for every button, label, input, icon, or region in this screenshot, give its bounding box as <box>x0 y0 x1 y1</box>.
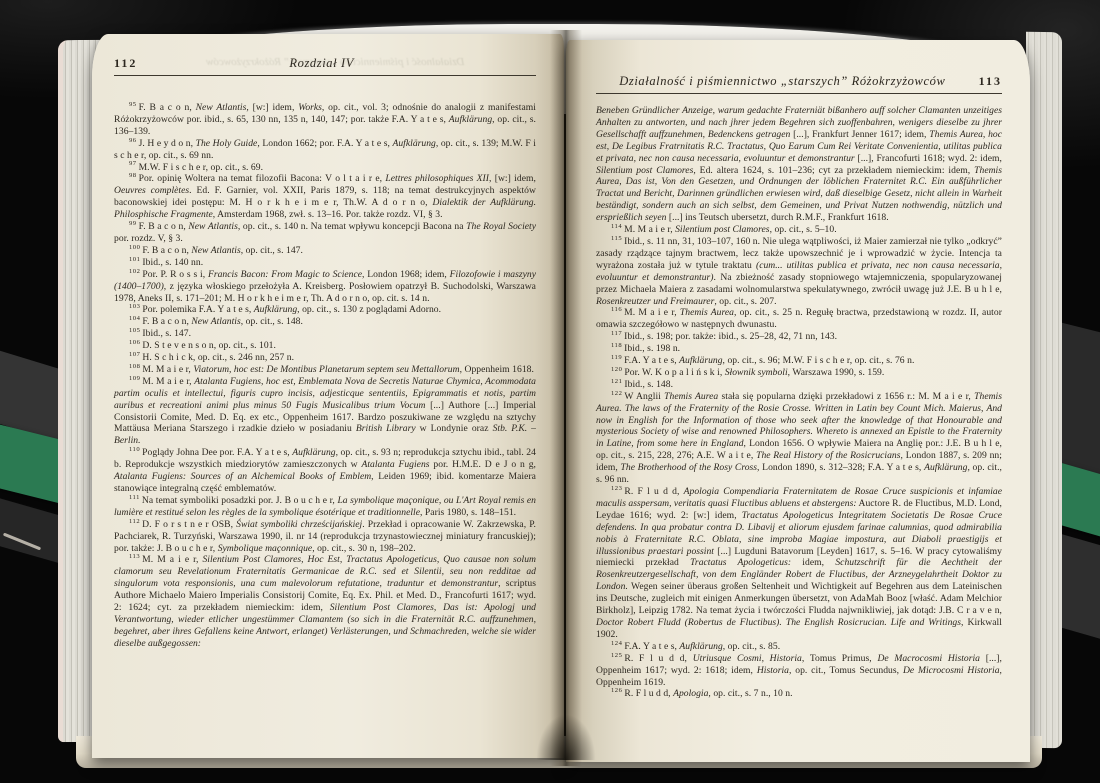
footnote-number: 106 <box>129 339 140 346</box>
footnote-99: 99F. B a c o n, New Atlantis, op. cit., … <box>114 221 536 245</box>
footnote-123: 123R. F l u d d, Apologia Compendiaria F… <box>596 486 1002 641</box>
footnote-number: 107 <box>129 351 140 358</box>
footnote-number: 110 <box>129 446 140 453</box>
right-page-number: 113 <box>979 74 1002 89</box>
footnote-number: 125 <box>611 652 622 659</box>
footnote-number: 109 <box>129 375 140 382</box>
footnote-number: 98 <box>129 172 137 179</box>
book-page-right: Działalność i piśmiennictwo „starszych” … <box>566 40 1030 762</box>
footnote-number: 116 <box>611 306 622 313</box>
footnote-109: 109M. M a i e r, Atalanta Fugiens, hoc e… <box>114 376 536 447</box>
left-page-footnotes: 95F. B a c o n, New Atlantis, [w:] idem,… <box>114 102 536 650</box>
footnote-98: 98Por. opinię Woltera na temat filozofii… <box>114 173 536 221</box>
footnote-number: 100 <box>129 244 140 251</box>
footnote-107: 107H. S c h i c k, op. cit., s. 246 nn, … <box>114 352 536 364</box>
footnote-number: 111 <box>129 494 140 501</box>
footnote-105: 105Ibid., s. 147. <box>114 328 536 340</box>
footnote-116: 116M. M a i e r, Themis Aurea, op. cit.,… <box>596 307 1002 331</box>
footnote-110: 110Poglądy Johna Dee por. F.A. Y a t e s… <box>114 447 536 495</box>
footnote-117: 117Ibid., s. 198; por. także: ibid., s. … <box>596 331 1002 343</box>
footnote-125: 125R. F l u d d, Utriusque Cosmi, Histor… <box>596 653 1002 689</box>
right-page-running-title: Działalność i piśmiennictwo „starszych” … <box>596 74 973 89</box>
footnote-101: 101Ibid., s. 140 nn. <box>114 257 536 269</box>
footnote-number: 118 <box>611 342 622 349</box>
left-page-number: 112 <box>114 56 137 71</box>
footnote-number: 126 <box>611 687 622 694</box>
footnote-number: 114 <box>611 223 622 230</box>
book-page-left: Działalność i piśmiennictwo „starszych” … <box>92 34 564 758</box>
footnote-number: 121 <box>611 378 622 385</box>
footnote-95: 95F. B a c o n, New Atlantis, [w:] idem,… <box>114 102 536 138</box>
footnote-115: 115Ibid., s. 11 nn, 31, 103–107, 160 n. … <box>596 236 1002 307</box>
footnote-number: 99 <box>129 220 137 227</box>
footnote-126: 126R. F l u d d, Apologia, op. cit., s. … <box>596 688 1002 700</box>
footnote-100: 100F. B a c o n, New Atlantis, op. cit.,… <box>114 245 536 257</box>
footnote-121: 121Ibid., s. 148. <box>596 379 1002 391</box>
footnote-114: 114M. M a i e r, Silentium post Clamores… <box>596 224 1002 236</box>
footnote-119: 119F.A. Y a t e s, Aufklärung, op. cit.,… <box>596 355 1002 367</box>
footnote-number: 113 <box>129 553 140 560</box>
open-book: Działalność i piśmiennictwo „starszych” … <box>58 6 1064 774</box>
footnote-number: 117 <box>611 330 622 337</box>
footnote-number: 123 <box>611 485 622 492</box>
footnote-124: 124F.A. Y a t e s, Aufklärung, op. cit.,… <box>596 641 1002 653</box>
footnote-number: 108 <box>129 363 140 370</box>
footnote-102: 102Por. P. R o s s i, Francis Bacon: Fro… <box>114 269 536 305</box>
book-gutter-bottom-shadow <box>536 714 596 760</box>
footnote-number: 102 <box>129 268 140 275</box>
footnote-number: 97 <box>129 160 137 167</box>
left-header-rule <box>114 75 536 76</box>
footnote-118: 118Ibid., s. 198 n. <box>596 343 1002 355</box>
footnote-122: 122W Anglii Themis Aurea stała się popul… <box>596 391 1002 486</box>
photo-of-open-book: { "backdrop": { "color": "#070707", "acc… <box>0 0 1100 783</box>
right-page-header: Działalność i piśmiennictwo „starszych” … <box>596 74 1002 89</box>
footnote-number: 112 <box>129 518 140 525</box>
footnote-120: 120Por. W. K o p a l i ń s k i, Słownik … <box>596 367 1002 379</box>
footnote-106: 106D. S t e v e n s o n, op. cit., s. 10… <box>114 340 536 352</box>
footnote-103: 103Por. polemika F.A. Y a t e s, Aufklär… <box>114 304 536 316</box>
book-gutter-shadow <box>550 30 582 766</box>
footnote-number: 105 <box>129 327 140 334</box>
right-page-footnotes: Beneben Gründlicher Anzeige, warum gedac… <box>596 105 1002 700</box>
footnote-number: 119 <box>611 354 622 361</box>
footnote-number: 96 <box>129 137 137 144</box>
page-stack-edge-right <box>1026 32 1062 748</box>
ghost-showthrough-text: Działalność i piśmiennictwo „starszych” … <box>206 56 536 68</box>
footnote-97: 97M.W. F i s c h e r, op. cit., s. 69. <box>114 162 536 174</box>
footnote-number: 95 <box>129 101 137 108</box>
light-edge-line-left <box>3 533 41 551</box>
footnote-number: 124 <box>611 640 622 647</box>
footnote-111: 111Na temat symboliki posadzki por. J. B… <box>114 495 536 519</box>
footnote-108: 108M. M a i e r, Viatorum, hoc est: De M… <box>114 364 536 376</box>
footnote-number: 101 <box>129 256 140 263</box>
footnote-number: 115 <box>611 235 622 242</box>
footnote-number: 104 <box>129 315 140 322</box>
footnote-number: 122 <box>611 390 622 397</box>
footnote-number: 103 <box>129 303 140 310</box>
footnote-number: 120 <box>611 366 622 373</box>
footnote-113: 113M. M a i e r, Silentium Post Clamores… <box>114 554 536 649</box>
footnote-104: 104F. B a c o n, New Atlantis, op. cit.,… <box>114 316 536 328</box>
right-header-rule <box>596 93 1002 94</box>
footnote-continuation: Beneben Gründlicher Anzeige, warum gedac… <box>596 105 1002 224</box>
footnote-96: 96J. H e y d o n, The Holy Guide, London… <box>114 138 536 162</box>
footnote-112: 112D. F o r s t n e r OSB, Świat symboli… <box>114 519 536 555</box>
